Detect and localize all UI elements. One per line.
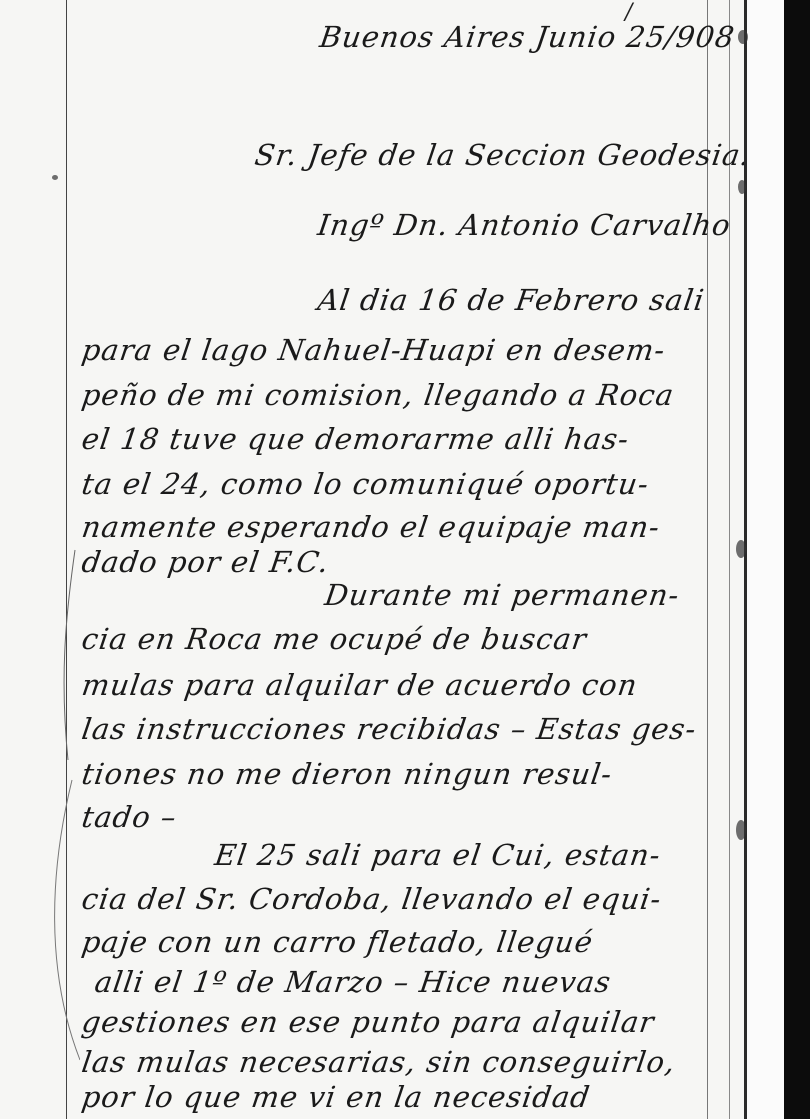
- pencil-margin-mark: [40, 540, 80, 1080]
- place-date-line: Buenos Aires Junio 25/908: [318, 20, 737, 54]
- ink-blot: [738, 30, 748, 44]
- page-gutter: [746, 0, 784, 1119]
- body-line: cia en Roca me ocupé de buscar: [80, 622, 590, 656]
- body-line: Al dia 16 de Febrero sali: [316, 283, 707, 317]
- ink-speck: [52, 175, 58, 180]
- body-line: el 18 tuve que demorarme alli has-: [80, 422, 632, 456]
- manuscript-page: / Buenos Aires Junio 25/908 Sr. Jefe de …: [0, 0, 760, 1119]
- body-line: cia del Sr. Cordoba, llevando el equi-: [80, 882, 664, 916]
- body-line: tiones no me dieron ningun resul-: [80, 757, 615, 791]
- body-line: mulas para alquilar de acuerdo con: [80, 668, 640, 702]
- body-line: las mulas necesarias, sin conseguirlo,: [80, 1045, 678, 1079]
- body-line: dado por el F.C.: [80, 545, 332, 579]
- body-line: por lo que me vi en la necesidad: [80, 1080, 593, 1114]
- page-torn-edge: [744, 0, 747, 1119]
- addressee-line-2: Ingº Dn. Antonio Carvalho: [316, 208, 733, 242]
- body-line: para el lago Nahuel-Huapi en desem-: [80, 333, 668, 367]
- body-line: namente esperando el equipaje man-: [80, 510, 663, 544]
- body-line: paje con un carro fletado, llegué: [80, 925, 596, 959]
- scan-dark-border: [784, 0, 810, 1119]
- body-line: peño de mi comision, llegando a Roca: [80, 378, 677, 412]
- body-line: El 25 sali para el Cui, estan-: [213, 838, 663, 872]
- ink-blot: [738, 180, 746, 194]
- body-line: alli el 1º de Marzo – Hice nuevas: [93, 965, 614, 999]
- ink-blot: [736, 820, 746, 840]
- body-line: tado –: [80, 800, 179, 834]
- ink-blot: [736, 540, 746, 558]
- body-line: las instrucciones recibidas – Estas ges-: [80, 712, 699, 746]
- body-line: gestiones en ese punto para alquilar: [80, 1005, 657, 1039]
- body-line: ta el 24, como lo comuniqué oportu-: [80, 467, 652, 501]
- body-line: Durante mi permanen-: [323, 578, 682, 612]
- addressee-line-1: Sr. Jefe de la Seccion Geodesia:: [253, 138, 754, 172]
